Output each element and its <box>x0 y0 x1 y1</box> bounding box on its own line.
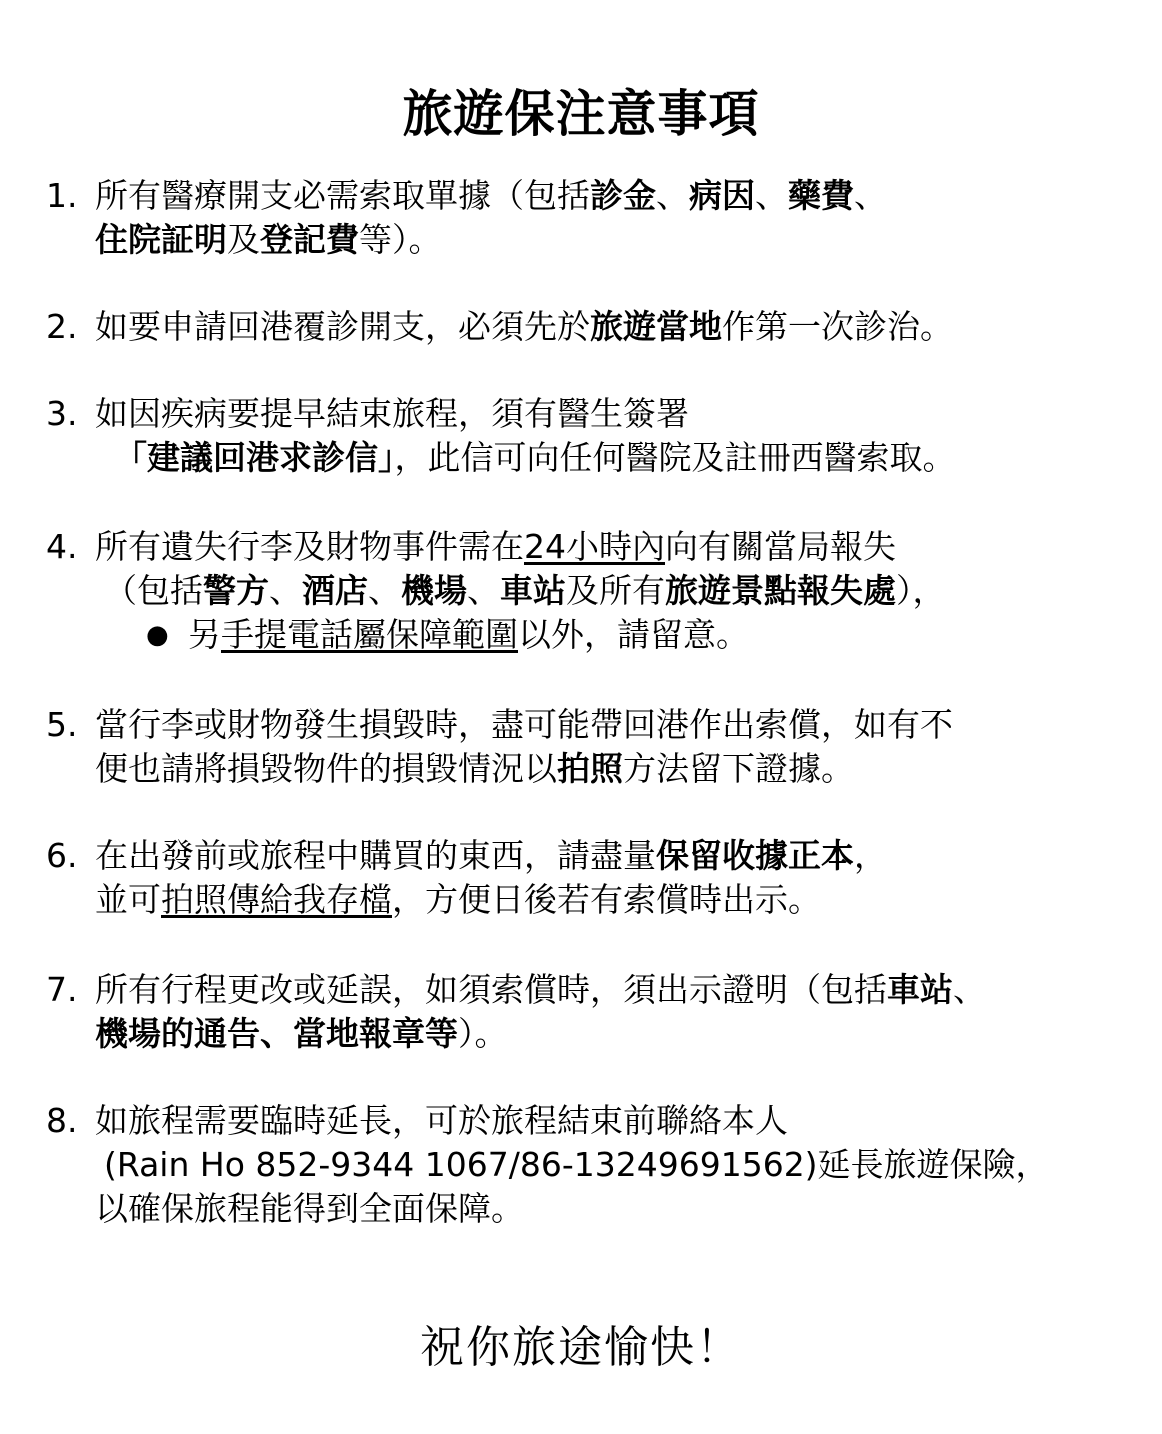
text-segment: ）， <box>896 571 946 610</box>
item-line: 如因疾病要提早結束旅程，須有醫生簽署 <box>46 392 1146 436</box>
text-segment: 以外，請留意。 <box>518 615 749 654</box>
text-segment: 另 <box>188 615 221 654</box>
notice-item-6: 6.在出發前或旅程中購買的東西，請盡量保留收據正本，並可拍照傳給我存檔，方便日後… <box>46 834 1146 922</box>
text-segment: ，方便日後若有索償時出示。 <box>392 880 821 919</box>
emphasis-text: 旅遊當地 <box>590 307 722 346</box>
item-line: 所有行程更改或延誤，如須索償時，須出示證明（包括車站、 <box>46 968 1146 1012</box>
item-line: 在出發前或旅程中購買的東西，請盡量保留收據正本， <box>46 834 1146 878</box>
emphasis-text: 病因 <box>689 176 755 215</box>
notice-item-3: 3.如因疾病要提早結束旅程，須有醫生簽署「建議回港求診信」，此信可向任何醫院及註… <box>46 392 1146 480</box>
text-segment: 所有遺失行李及財物事件需在 <box>95 527 524 566</box>
notice-item-4: 4.所有遺失行李及財物事件需在24小時內向有關當局報失（包括警方、酒店、機場、車… <box>46 525 1146 657</box>
text-segment: 、 <box>467 571 500 610</box>
item-number: 1. <box>46 174 94 218</box>
text-segment: 便也請將損毀物件的損毀情況以 <box>95 749 557 788</box>
text-segment: 作第一次診治。 <box>722 307 953 346</box>
emphasis-text: 機場 <box>401 571 467 610</box>
item-line: 所有遺失行李及財物事件需在24小時內向有關當局報失 <box>46 525 1146 569</box>
emphasis-text: 「 <box>114 438 147 477</box>
text-segment: (Rain Ho 852-9344 1067/86-13249691562)延長… <box>104 1145 1049 1184</box>
item-line: 便也請將損毀物件的損毀情況以拍照方法留下證據。 <box>46 747 1146 791</box>
notice-item-2: 2.如要申請回港覆診開支，必須先於旅遊當地作第一次診治。 <box>46 305 1146 349</box>
item-line: 所有醫療開支必需索取單據（包括診金、病因、藥費、 <box>46 174 1146 218</box>
text-segment: 在出發前或旅程中購買的東西，請盡量 <box>95 836 656 875</box>
emphasis-text: 登記費 <box>260 220 359 259</box>
emphasis-text: 警方 <box>203 571 269 610</box>
underlined-text: 手提電話屬保障範圍 <box>221 615 518 654</box>
sub-bullet: ●另手提電話屬保障範圍以外，請留意。 <box>46 613 1146 657</box>
item-number: 3. <box>46 392 94 436</box>
notice-item-7: 7.所有行程更改或延誤，如須索償時，須出示證明（包括車站、機場的通告、當地報章等… <box>46 968 1146 1056</box>
item-line: 機場的通告、當地報章等）。 <box>46 1012 1146 1056</box>
text-segment: 及所有 <box>566 571 665 610</box>
emphasis-text: 旅遊景點報失處 <box>665 571 896 610</box>
item-number: 2. <box>46 305 94 349</box>
text-segment: ， <box>854 836 887 875</box>
text-segment: 、 <box>656 176 689 215</box>
emphasis-text: 」 <box>378 438 395 477</box>
emphasis-text: 建議回港求診信 <box>147 438 378 477</box>
text-segment: 、 <box>854 176 887 215</box>
text-segment: 如因疾病要提早結束旅程，須有醫生簽署 <box>95 394 689 433</box>
document-title: 旅遊保注意事項 <box>0 80 1162 148</box>
text-segment: ）。 <box>458 1014 508 1053</box>
underlined-text: 24小時內 <box>524 527 665 566</box>
text-segment: 以確保旅程能得到全面保障。 <box>95 1189 524 1228</box>
text-segment: ，此信可向任何醫院及註冊西醫索取。 <box>395 438 956 477</box>
text-segment: 、 <box>368 571 401 610</box>
text-segment: 所有行程更改或延誤，如須索償時，須出示證明（包括 <box>95 970 887 1009</box>
item-line: 「建議回港求診信」，此信可向任何醫院及註冊西醫索取。 <box>46 436 1146 480</box>
notice-item-1: 1.所有醫療開支必需索取單據（包括診金、病因、藥費、住院証明及登記費等）。 <box>46 174 1146 262</box>
item-number: 4. <box>46 525 94 569</box>
text-segment: 、 <box>755 176 788 215</box>
text-segment: 並可 <box>95 880 161 919</box>
emphasis-text: 拍照 <box>557 749 623 788</box>
bullet-dot-icon: ● <box>146 613 169 657</box>
item-line: 以確保旅程能得到全面保障。 <box>46 1187 1146 1231</box>
emphasis-text: 住院証明 <box>95 220 227 259</box>
item-line: （包括警方、酒店、機場、車站及所有旅遊景點報失處）， <box>46 569 1146 613</box>
item-line: 並可拍照傳給我存檔，方便日後若有索償時出示。 <box>46 878 1146 922</box>
text-segment: 及 <box>227 220 260 259</box>
item-number: 5. <box>46 703 94 747</box>
item-line: 住院証明及登記費等）。 <box>46 218 1146 262</box>
text-segment: 、 <box>269 571 302 610</box>
text-segment: 等）。 <box>359 220 442 259</box>
emphasis-text: 車站 <box>500 571 566 610</box>
text-segment: 、 <box>953 970 986 1009</box>
emphasis-text: 機場的通告、當地報章等 <box>95 1014 458 1053</box>
emphasis-text: 保留收據正本 <box>656 836 854 875</box>
underlined-text: 拍照傳給我存檔 <box>161 880 392 919</box>
text-segment: 如要申請回港覆診開支，必須先於 <box>95 307 590 346</box>
text-segment: 當行李或財物發生損毀時，盡可能帶回港作出索償，如有不 <box>95 705 953 744</box>
notice-item-5: 5.當行李或財物發生損毀時，盡可能帶回港作出索償，如有不便也請將損毀物件的損毀情… <box>46 703 1146 791</box>
bullet-text: 另手提電話屬保障範圍以外，請留意。 <box>142 615 749 654</box>
text-segment: 向有關當局報失 <box>665 527 896 566</box>
item-number: 8. <box>46 1099 94 1143</box>
item-line: (Rain Ho 852-9344 1067/86-13249691562)延長… <box>46 1143 1146 1187</box>
item-line: 當行李或財物發生損毀時，盡可能帶回港作出索償，如有不 <box>46 703 1146 747</box>
text-segment: 如旅程需要臨時延長，可於旅程結束前聯絡本人 <box>95 1101 788 1140</box>
emphasis-text: 診金 <box>590 176 656 215</box>
item-line: 如要申請回港覆診開支，必須先於旅遊當地作第一次診治。 <box>46 305 1146 349</box>
item-number: 6. <box>46 834 94 878</box>
emphasis-text: 車站 <box>887 970 953 1009</box>
text-segment: （包括 <box>104 571 203 610</box>
text-segment: 方法留下證據。 <box>623 749 854 788</box>
item-number: 7. <box>46 968 94 1012</box>
emphasis-text: 藥費 <box>788 176 854 215</box>
notice-item-8: 8.如旅程需要臨時延長，可於旅程結束前聯絡本人(Rain Ho 852-9344… <box>46 1099 1146 1231</box>
emphasis-text: 酒店 <box>302 571 368 610</box>
item-line: 如旅程需要臨時延長，可於旅程結束前聯絡本人 <box>46 1099 1146 1143</box>
closing-message: 祝你旅途愉快！ <box>0 1318 1162 1378</box>
text-segment: 所有醫療開支必需索取單據（包括 <box>95 176 590 215</box>
